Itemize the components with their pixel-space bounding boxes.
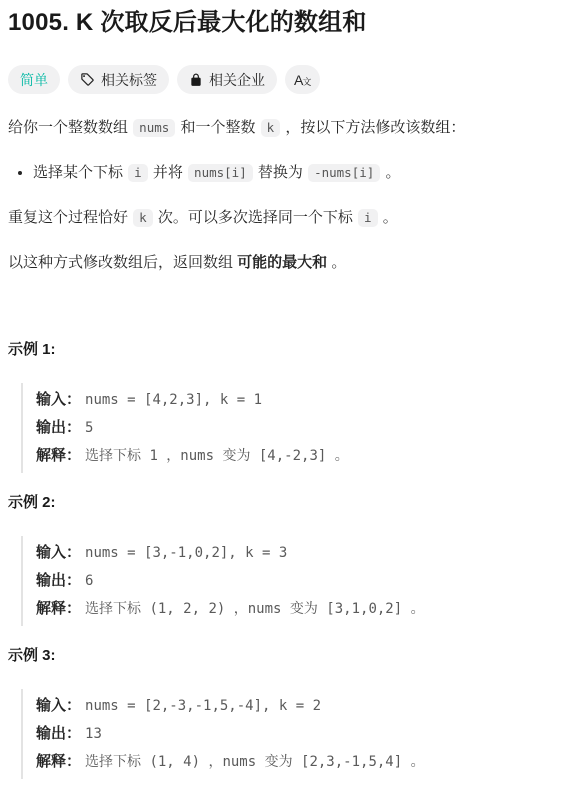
description-bullet-list: 选择某个下标 i 并将 nums[i] 替换为 -nums[i] 。: [8, 161, 566, 185]
input-value: nums = [3,-1,0,2], k = 3: [85, 545, 287, 561]
inline-code-k: k: [261, 119, 281, 137]
output-label: 输出：: [36, 419, 81, 436]
explanation-label: 解释：: [36, 600, 81, 617]
description-paragraph-1: 给你一个整数数组 nums 和一个整数 k ，按以下方法修改该数组：: [8, 116, 566, 140]
output-value: 13: [85, 726, 102, 742]
translate-icon: A文: [294, 73, 311, 87]
example-1-output-line: 输出：5: [36, 414, 566, 442]
spacer: [8, 296, 566, 338]
example-1-input-line: 输入：nums = [4,2,3], k = 1: [36, 386, 566, 414]
explanation-label: 解释：: [36, 447, 81, 464]
input-value: nums = [2,-3,-1,5,-4], k = 2: [85, 698, 321, 714]
example-3-explanation-line: 解释：选择下标 (1, 4) ，nums 变为 [2,3,-1,5,4] 。: [36, 748, 566, 776]
example-3-output-line: 输出：13: [36, 720, 566, 748]
example-3-block: 输入：nums = [2,-3,-1,5,-4], k = 2 输出：13 解释…: [21, 689, 566, 779]
description-bullet-item: 选择某个下标 i 并将 nums[i] 替换为 -nums[i] 。: [33, 161, 566, 185]
example-2-input-line: 输入：nums = [3,-1,0,2], k = 3: [36, 539, 566, 567]
inline-code-neg-nums-i: -nums[i]: [308, 164, 380, 182]
example-2-explanation-line: 解释：选择下标 (1, 2, 2) ，nums 变为 [3,1,0,2] 。: [36, 595, 566, 623]
example-3-heading: 示例 3:: [8, 644, 566, 668]
problem-title: 1005. K 次取反后最大化的数组和: [8, 6, 566, 40]
output-value: 6: [85, 573, 93, 589]
inline-code-nums-i: nums[i]: [188, 164, 253, 182]
problem-page: 1005. K 次取反后最大化的数组和 简单 相关标签 相关企业 A文 给你一个…: [0, 0, 576, 779]
inline-code-i: i: [128, 164, 148, 182]
explanation-label: 解释：: [36, 753, 81, 770]
inline-code-i2: i: [358, 209, 378, 227]
example-2-output-line: 输出：6: [36, 567, 566, 595]
description-paragraph-2: 重复这个过程恰好 k 次。可以多次选择同一个下标 i 。: [8, 206, 566, 230]
explanation-value: 选择下标 (1, 2, 2) ，nums 变为 [3,1,0,2] 。: [85, 601, 425, 617]
explanation-value: 选择下标 1 ，nums 变为 [4,-2,3] 。: [85, 448, 349, 464]
tag-icon: [80, 72, 95, 87]
translate-button[interactable]: A文: [285, 65, 320, 94]
input-label: 输入：: [36, 544, 81, 561]
example-1-explanation-line: 解释：选择下标 1 ，nums 变为 [4,-2,3] 。: [36, 442, 566, 470]
lock-icon: [189, 73, 203, 87]
difficulty-badge[interactable]: 简单: [8, 65, 60, 94]
explanation-value: 选择下标 (1, 4) ，nums 变为 [2,3,-1,5,4] 。: [85, 754, 425, 770]
output-label: 输出：: [36, 725, 81, 742]
example-2-heading: 示例 2:: [8, 491, 566, 515]
problem-description: 给你一个整数数组 nums 和一个整数 k ，按以下方法修改该数组： 选择某个下…: [8, 116, 566, 779]
related-companies-label: 相关企业: [209, 73, 265, 87]
example-1-heading: 示例 1:: [8, 338, 566, 362]
description-paragraph-3: 以这种方式修改数组后，返回数组 可能的最大和 。: [8, 251, 566, 275]
output-label: 输出：: [36, 572, 81, 589]
example-2-block: 输入：nums = [3,-1,0,2], k = 3 输出：6 解释：选择下标…: [21, 536, 566, 626]
related-tags-button[interactable]: 相关标签: [68, 65, 169, 94]
input-label: 输入：: [36, 391, 81, 408]
related-companies-button[interactable]: 相关企业: [177, 65, 277, 94]
inline-code-k2: k: [133, 209, 153, 227]
example-1-block: 输入：nums = [4,2,3], k = 1 输出：5 解释：选择下标 1 …: [21, 383, 566, 473]
input-label: 输入：: [36, 697, 81, 714]
emphasis-max-sum: 可能的最大和: [237, 254, 327, 271]
inline-code-nums: nums: [133, 119, 175, 137]
input-value: nums = [4,2,3], k = 1: [85, 392, 262, 408]
output-value: 5: [85, 420, 93, 436]
example-3-input-line: 输入：nums = [2,-3,-1,5,-4], k = 2: [36, 692, 566, 720]
meta-row: 简单 相关标签 相关企业 A文: [8, 65, 566, 94]
related-tags-label: 相关标签: [101, 73, 157, 87]
